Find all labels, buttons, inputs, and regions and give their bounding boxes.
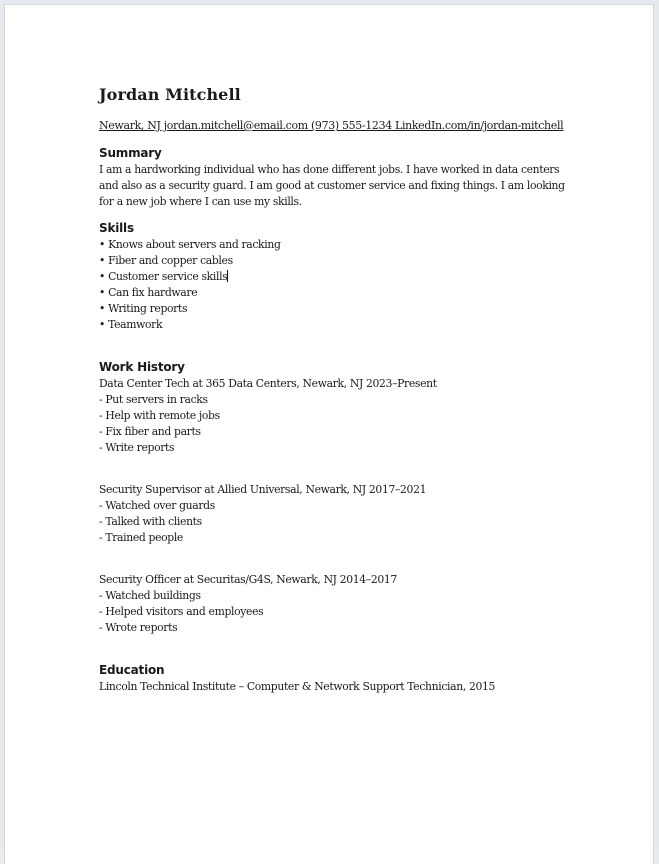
summary-heading: Summary (99, 145, 569, 162)
skill-item: • Customer service skills (99, 270, 227, 283)
education-entry: Lincoln Technical Institute – Computer &… (99, 679, 569, 695)
skill-item: • Can fix hardware (99, 285, 569, 301)
job-duty: - Talked with clients (99, 514, 569, 530)
skills-list: • Knows about servers and racking • Fibe… (99, 237, 569, 333)
job-duty: - Watched buildings (99, 588, 569, 604)
summary-section: Summary I am a hardworking individual wh… (99, 145, 569, 210)
document-viewport: Jordan Mitchell Newark, NJ jordan.mitche… (0, 0, 659, 850)
summary-line: and also as a security guard. I am good … (99, 178, 569, 194)
education-heading: Education (99, 662, 569, 679)
job-duty: - Help with remote jobs (99, 408, 569, 424)
job-duty: - Helped visitors and employees (99, 604, 569, 620)
summary-line: for a new job where I can use my skills. (99, 194, 569, 210)
job-duty: - Watched over guards (99, 498, 569, 514)
job-duty: - Trained people (99, 530, 569, 546)
skill-item: • Writing reports (99, 301, 569, 317)
job-duty: - Put servers in racks (99, 392, 569, 408)
work-history-section: Work History Data Center Tech at 365 Dat… (99, 359, 569, 636)
blank-line (99, 546, 569, 572)
text-cursor (227, 270, 228, 282)
job-title: Security Officer at Securitas/G4S, Newar… (99, 572, 569, 588)
resume-name: Jordan Mitchell (99, 81, 569, 109)
resume-content[interactable]: Jordan Mitchell Newark, NJ jordan.mitche… (99, 81, 569, 695)
work-history-heading: Work History (99, 359, 569, 376)
document-page[interactable]: Jordan Mitchell Newark, NJ jordan.mitche… (4, 4, 654, 850)
job-duty: - Fix fiber and parts (99, 424, 569, 440)
job-title: Data Center Tech at 365 Data Centers, Ne… (99, 376, 569, 392)
job-title: Security Supervisor at Allied Universal,… (99, 482, 569, 498)
skills-heading: Skills (99, 220, 569, 237)
job-duty: - Wrote reports (99, 620, 569, 636)
education-section: Education Lincoln Technical Institute – … (99, 662, 569, 695)
contact-line: Newark, NJ jordan.mitchell@email.com (97… (99, 118, 569, 134)
summary-text: I am a hardworking individual who has do… (99, 162, 569, 210)
education-line: Lincoln Technical Institute – Computer &… (99, 679, 569, 695)
job-entry: Security Officer at Securitas/G4S, Newar… (99, 572, 569, 636)
skill-item: • Teamwork (99, 317, 569, 333)
summary-line: I am a hardworking individual who has do… (99, 162, 569, 178)
job-entry: Data Center Tech at 365 Data Centers, Ne… (99, 376, 569, 456)
job-entry: Security Supervisor at Allied Universal,… (99, 482, 569, 546)
skill-item-with-cursor: • Customer service skills (99, 269, 569, 285)
job-duty: - Write reports (99, 440, 569, 456)
skills-section: Skills • Knows about servers and racking… (99, 220, 569, 333)
skill-item: • Fiber and copper cables (99, 253, 569, 269)
blank-line (99, 456, 569, 482)
skill-item: • Knows about servers and racking (99, 237, 569, 253)
